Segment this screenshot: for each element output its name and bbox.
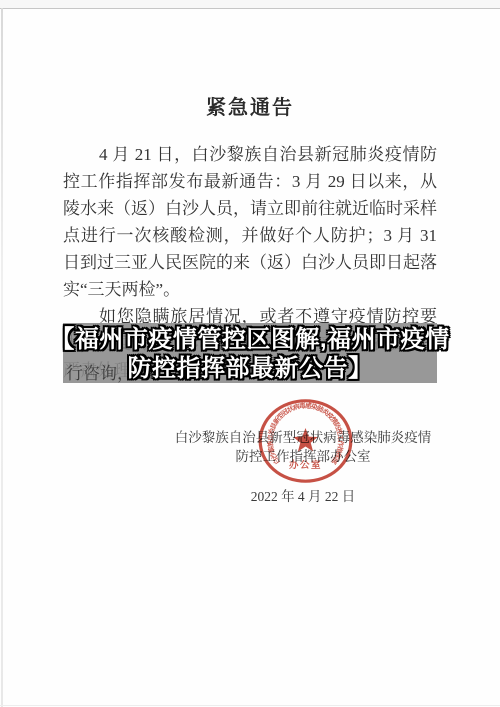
overlay-caption-line1: 【福州市疫情管控区图解,福州市疫情	[0, 325, 500, 354]
notice-paragraph: 4 月 21 日，白沙黎族自治县新冠肺炎疫情防控工作指挥部发布最新通告：3 月 …	[63, 141, 437, 303]
official-seal: 白沙黎族自治县新型冠状病毒感染肺炎疫情防控工作指挥部 办公室	[257, 398, 354, 485]
page-title: 紧急通告	[0, 91, 500, 120]
overlay-caption-line2: 防控指挥部最新公告】	[0, 354, 500, 383]
paper-edge-top-line	[0, 8, 500, 9]
overlay-caption: 【福州市疫情管控区图解,福州市疫情 防控指挥部最新公告】	[0, 325, 500, 383]
seal-star-icon	[293, 428, 318, 452]
signature-date: 2022 年 4 月 22 日	[163, 485, 443, 505]
paper-edge-bottom	[0, 705, 500, 706]
seal-center-text: 办公室	[289, 459, 322, 471]
notice-photo: 紧急通告 4 月 21 日，白沙黎族自治县新冠肺炎疫情防控工作指挥部发布最新通告…	[0, 0, 500, 707]
paper-edge-top-strip	[0, 0, 500, 8]
